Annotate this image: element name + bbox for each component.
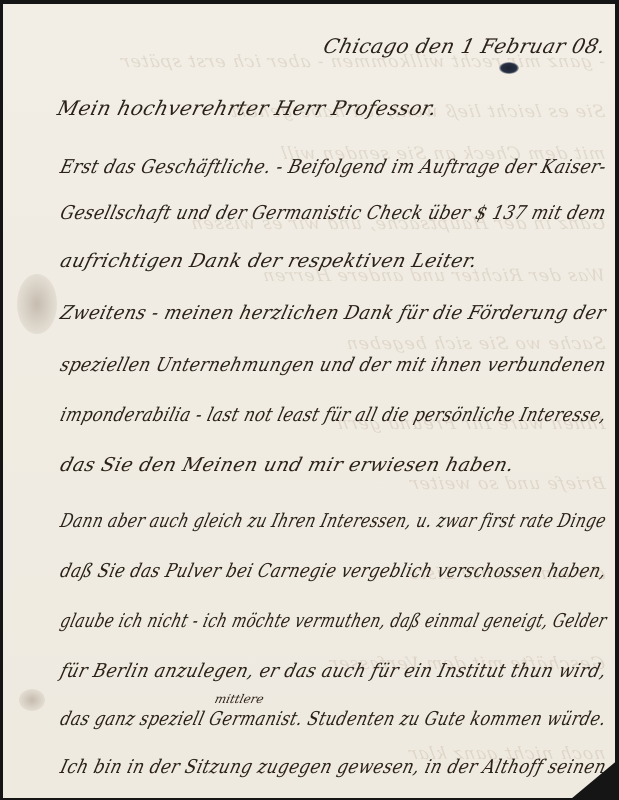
letter-line: Dann aber auch gleich zu Ihren Interesse… <box>58 510 609 532</box>
bleed-line: Briefe und so weiter <box>21 474 607 494</box>
letter-line: glaube ich nicht - ich möchte vermuthen,… <box>58 610 609 632</box>
bleed-line: Sache wo Sie sich begeben <box>21 334 607 354</box>
letter-line: für Berlin anzulegen, er das auch für ei… <box>58 660 609 682</box>
letter-line: daß Sie das Pulver bei Carnegie vergebli… <box>58 560 609 582</box>
letter-line: das Sie den Meinen und mir erwiesen habe… <box>58 454 516 476</box>
ink-blot <box>499 62 519 74</box>
letter-page: - ganz mir recht willkommen - aber ich e… <box>3 4 615 798</box>
letter-line: imponderabilia - last not least für all … <box>58 404 609 426</box>
letter-line: Erst das Geschäftliche. - Beifolgend im … <box>58 156 609 178</box>
letter-line: aufrichtigen Dank der respektiven Leiter… <box>58 250 480 272</box>
dateline: Chicago den 1 Februar 08. <box>321 34 608 58</box>
letter-line: Gesellschaft und der Germanistic Check ü… <box>58 202 608 224</box>
salutation: Mein hochverehrter Herr Professor. <box>55 96 440 120</box>
letter-line: Ich bin in der Sitzung zugegen gewesen, … <box>58 756 609 778</box>
paper-stain <box>19 689 45 711</box>
letter-line: speziellen Unternehmungen und der mit ih… <box>58 354 608 376</box>
paper-stain <box>17 274 57 334</box>
letter-line: das ganz speziell Germanist. Studenten z… <box>58 708 609 730</box>
letter-line: Zweitens - meinen herzlichen Dank für di… <box>58 302 608 324</box>
interlinear-insertion: mittlere <box>213 692 265 706</box>
